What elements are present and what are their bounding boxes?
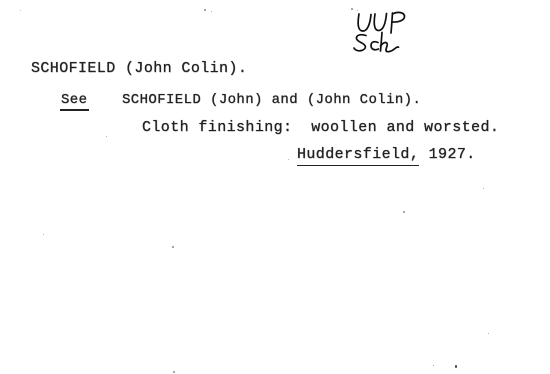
handwriting-oup-sch-graphic [345,4,420,58]
scan-speck [351,8,353,10]
see-reference: SCHOFIELD (John) and (John Colin). [122,93,421,107]
subject-line: Cloth finishing: woollen and worsted. [142,120,499,135]
see-label: See [60,93,89,111]
handwritten-line-1: OUP [345,58,346,59]
heading-line: SCHOFIELD (John Colin). [31,61,247,76]
handwritten-line-2: Sch [345,58,346,59]
catalogue-card: OUP Sch SCHOFIELD (John Colin). See SCHO… [0,0,550,374]
scan-speck [403,211,405,213]
scan-speck [288,159,289,160]
imprint-date: 1927. [419,146,475,163]
scan-speck [433,365,434,366]
imprint-line: Huddersfield, 1927. [297,147,476,162]
scan-speck [211,11,212,12]
handwritten-shelfmark: OUP Sch [345,4,420,58]
scan-speck [455,365,457,368]
scan-speck [172,246,174,248]
scan-speck [106,136,107,137]
scan-speck [488,333,489,334]
scan-speck [204,9,206,11]
imprint-place: Huddersfield, [297,146,419,166]
scan-speck [483,188,484,189]
scan-speck [43,234,44,235]
scan-speck [357,10,358,11]
scan-speck [173,371,175,373]
scan-speck [20,10,21,11]
